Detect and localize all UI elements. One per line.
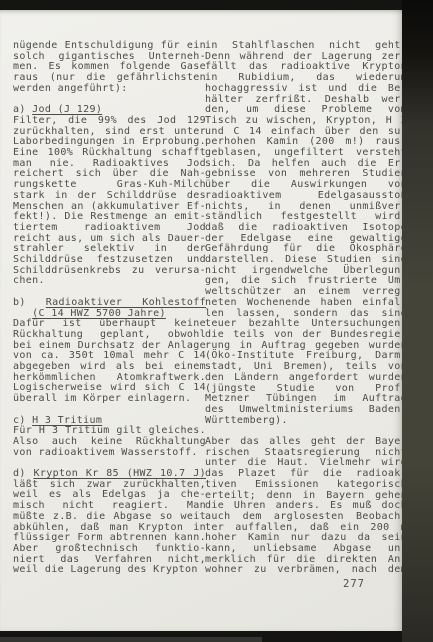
text-line: wohner zu verbrämen, nach dem: [205, 565, 407, 576]
paragraph: Dafür ist überhaupt keineRückhaltung gep…: [13, 319, 206, 405]
right-column: in Stahlflaschen nicht geht.Denn während…: [205, 41, 407, 576]
book-page: nügende Entschuldigung für einsolch giga…: [0, 10, 402, 631]
left-column: nügende Entschuldigung für einsolch giga…: [13, 41, 206, 576]
underlined-text: Radioaktiver Kohlestoff: [46, 297, 206, 308]
paragraph: in Stahlflaschen nicht geht.Denn während…: [205, 41, 407, 426]
text-line: weil die Lagerung des Krypton: [13, 565, 206, 576]
underlined-text: Krypton Kr 85 (HWZ 10.7 J): [33, 468, 206, 479]
paragraph: Für H 3 Tritium gilt gleiches.Also auch …: [13, 426, 206, 458]
text-line: Württemberg).: [205, 416, 407, 427]
underlined-text: H 3 Tritium: [32, 415, 102, 426]
paragraph: läßt sich zwar zurückhalten,weil es als …: [13, 480, 206, 576]
section-heading: b) Radioaktiver Kohlestoff(C 14 HWZ 5700…: [13, 298, 206, 319]
page-number: 277: [343, 578, 365, 590]
underlined-text: Jod (J 129): [32, 104, 102, 115]
text-line: von radioaktivem Wasserstoff.: [13, 448, 206, 459]
underlined-text: (C 14 HWZ 5700 Jahre): [32, 308, 166, 319]
text-line: überall im Körper einlagern.: [13, 394, 206, 405]
photo-bottom-edge: [0, 637, 262, 642]
book-spine-shadow: [402, 0, 433, 642]
paragraph: Aber das alles geht der Baye-rischen Sta…: [205, 437, 407, 576]
paragraph: nügende Entschuldigung für einsolch giga…: [13, 41, 206, 95]
text-line: werden angeführt):: [13, 84, 206, 95]
text-line: chen.: [13, 276, 206, 287]
paragraph: Filter, die 99% des Jod 129zurückhalten,…: [13, 116, 206, 287]
